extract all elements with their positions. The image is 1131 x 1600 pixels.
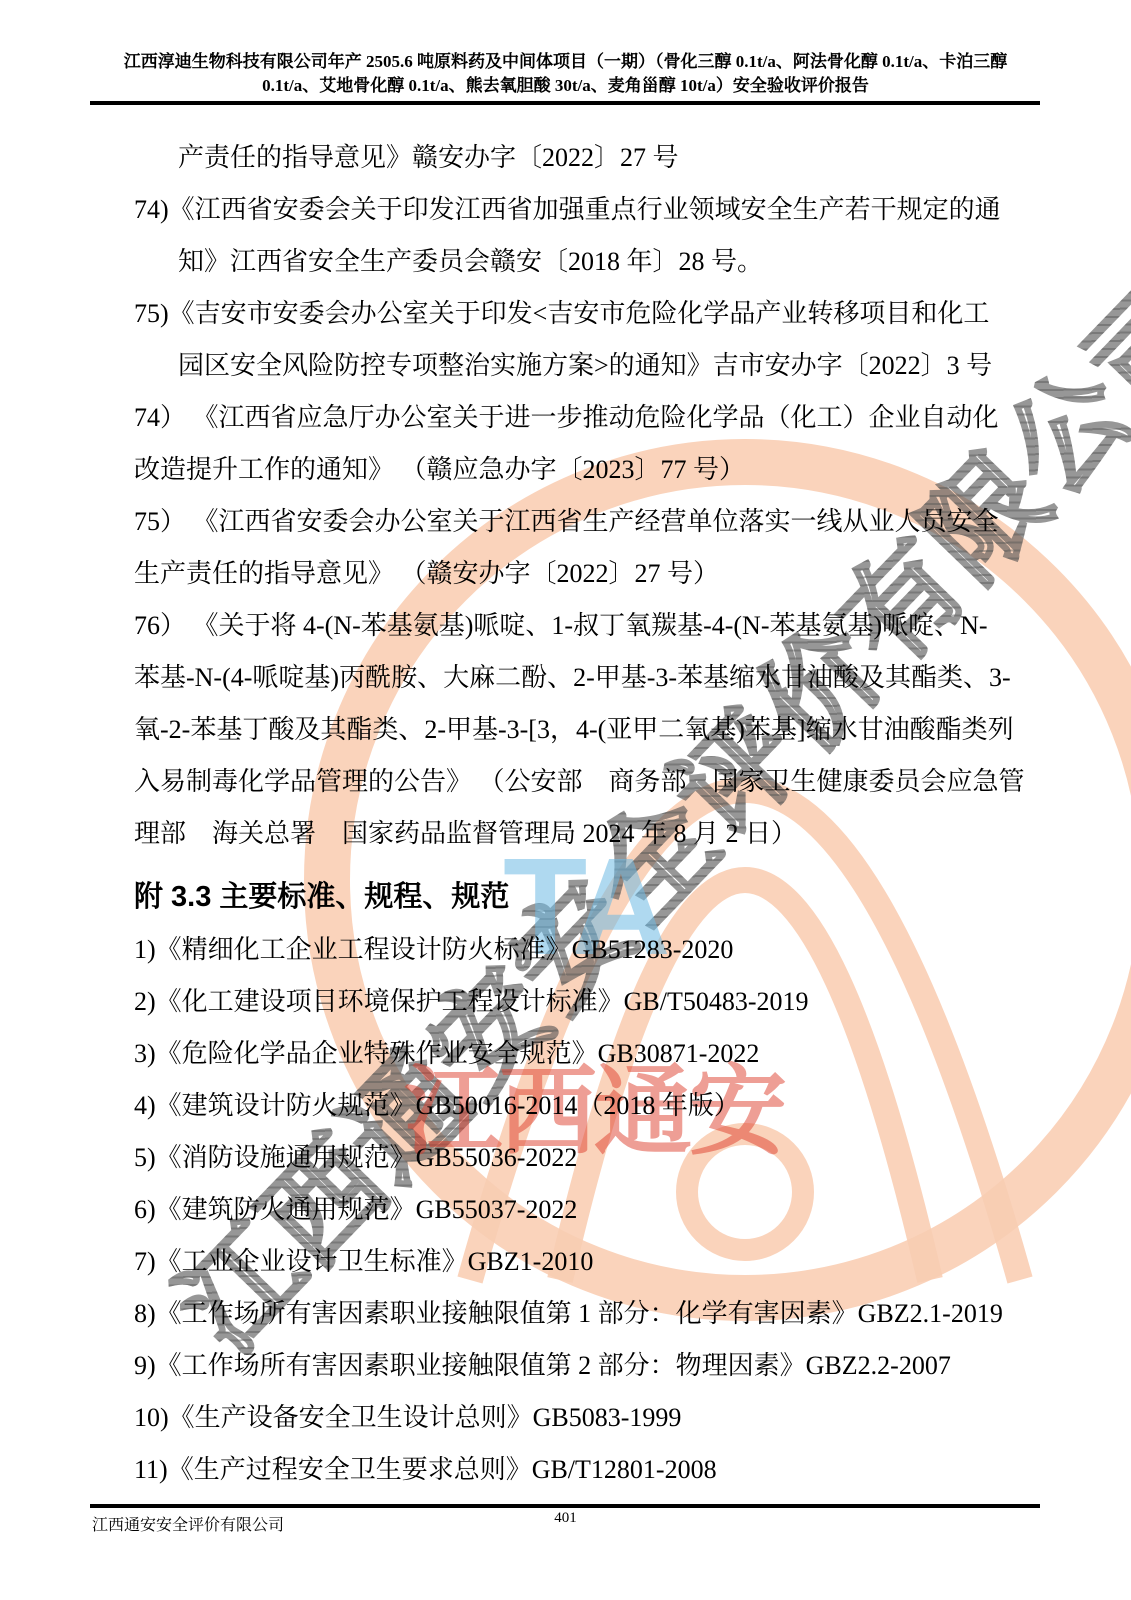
standard-item: 4)《建筑设计防火规范》GB50016-2014（2018 年版） bbox=[134, 1080, 1019, 1132]
footer-page-number: 401 bbox=[0, 1510, 1131, 1527]
body-line: 75） 《江西省安委会办公室关于江西省生产经营单位落实一线从业人员安全 bbox=[134, 496, 1019, 548]
section-heading: 附 3.3 主要标准、规程、规范 bbox=[134, 870, 1019, 924]
footer-rule bbox=[90, 1504, 1040, 1508]
document-body: 产责任的指导意见》赣安办字〔2022〕27 号74)《江西省安委会关于印发江西省… bbox=[134, 132, 1019, 1496]
body-line: 苯基-N-(4-哌啶基)丙酰胺、大麻二酚、2-甲基-3-苯基缩水甘油酸及其酯类、… bbox=[134, 652, 1019, 704]
body-line: 产责任的指导意见》赣安办字〔2022〕27 号 bbox=[134, 132, 1019, 184]
standards-list: 1)《精细化工企业工程设计防火标准》GB51283-20202)《化工建设项目环… bbox=[134, 924, 1019, 1496]
body-line: 园区安全风险防控专项整治实施方案>的通知》吉市安办字〔2022〕3 号 bbox=[134, 340, 1019, 392]
standard-item: 1)《精细化工企业工程设计防火标准》GB51283-2020 bbox=[134, 924, 1019, 976]
body-line: 76） 《关于将 4-(N-苯基氨基)哌啶、1-叔丁氧羰基-4-(N-苯基氨基)… bbox=[134, 600, 1019, 652]
standard-item: 7)《工业企业设计卫生标准》GBZ1-2010 bbox=[134, 1236, 1019, 1288]
standard-item: 2)《化工建设项目环境保护工程设计标准》GB/T50483-2019 bbox=[134, 976, 1019, 1028]
body-line: 75)《吉安市安委会办公室关于印发<吉安市危险化学品产业转移项目和化工 bbox=[134, 288, 1019, 340]
standard-item: 8)《工作场所有害因素职业接触限值第 1 部分：化学有害因素》GBZ2.1-20… bbox=[134, 1288, 1019, 1340]
standard-item: 3)《危险化学品企业特殊作业安全规范》GB30871-2022 bbox=[134, 1028, 1019, 1080]
body-line: 生产责任的指导意见》 （赣安办字〔2022〕27 号） bbox=[134, 548, 1019, 600]
header-line-1: 江西淳迪生物科技有限公司年产 2505.6 吨原料药及中间体项目（一期）（骨化三… bbox=[95, 50, 1036, 74]
body-line: 氧-2-苯基丁酸及其酯类、2-甲基-3-[3，4-(亚甲二氧基)苯基]缩水甘油酸… bbox=[134, 704, 1019, 756]
body-line: 知》江西省安全生产委员会赣安〔2018 年〕28 号。 bbox=[134, 236, 1019, 288]
standard-item: 11)《生产过程安全卫生要求总则》GB/T12801-2008 bbox=[134, 1444, 1019, 1496]
page-header: 江西淳迪生物科技有限公司年产 2505.6 吨原料药及中间体项目（一期）（骨化三… bbox=[95, 50, 1036, 98]
body-line: 74） 《江西省应急厅办公室关于进一步推动危险化学品（化工）企业自动化 bbox=[134, 392, 1019, 444]
body-line: 74)《江西省安委会关于印发江西省加强重点行业领域安全生产若干规定的通 bbox=[134, 184, 1019, 236]
report-page: 江西通安安全评价有限公司 TA 江西通安 江西淳迪生物科技有限公司年产 2505… bbox=[0, 0, 1131, 1600]
standard-item: 9)《工作场所有害因素职业接触限值第 2 部分：物理因素》GBZ2.2-2007 bbox=[134, 1340, 1019, 1392]
body-line: 改造提升工作的通知》 （赣应急办字〔2023〕77 号） bbox=[134, 444, 1019, 496]
body-line: 理部 海关总署 国家药品监督管理局 2024 年 8 月 2 日） bbox=[134, 808, 1019, 860]
standard-item: 6)《建筑防火通用规范》GB55037-2022 bbox=[134, 1184, 1019, 1236]
standard-item: 10)《生产设备安全卫生设计总则》GB5083-1999 bbox=[134, 1392, 1019, 1444]
body-line: 入易制毒化学品管理的公告》 （公安部 商务部 国家卫生健康委员会应急管 bbox=[134, 756, 1019, 808]
header-line-2: 0.1t/a、艾地骨化醇 0.1t/a、熊去氧胆酸 30t/a、麦角甾醇 10t… bbox=[95, 74, 1036, 98]
page-content: 江西淳迪生物科技有限公司年产 2505.6 吨原料药及中间体项目（一期）（骨化三… bbox=[0, 0, 1131, 1600]
header-rule bbox=[90, 101, 1040, 105]
body-paragraphs: 产责任的指导意见》赣安办字〔2022〕27 号74)《江西省安委会关于印发江西省… bbox=[134, 132, 1019, 860]
standard-item: 5)《消防设施通用规范》GB55036-2022 bbox=[134, 1132, 1019, 1184]
